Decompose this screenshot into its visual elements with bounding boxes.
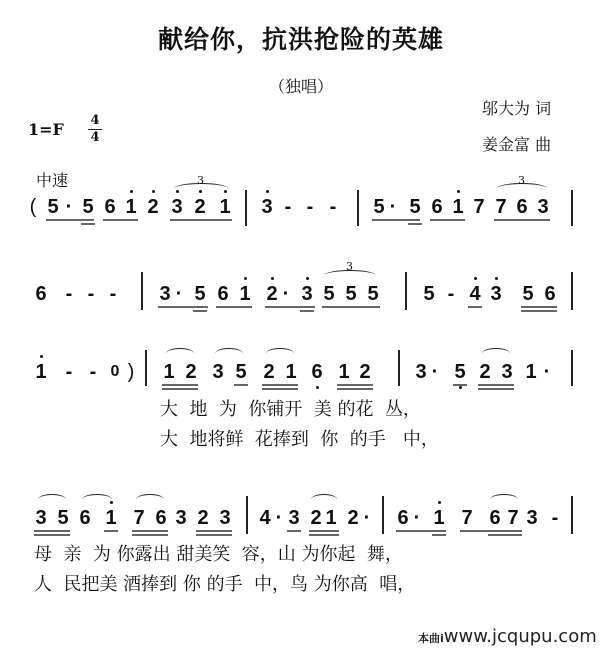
note: 5: [372, 196, 386, 218]
slur: [166, 348, 194, 359]
note: 3: [500, 361, 514, 383]
underline: [337, 388, 373, 390]
bar-line: [398, 350, 400, 386]
note: 3: [174, 507, 188, 529]
underline: [103, 219, 138, 221]
underline: [453, 384, 467, 386]
underline: [468, 306, 482, 308]
time-signature-bottom: 4: [88, 131, 102, 145]
note: 6: [310, 361, 324, 383]
note: 1: [524, 361, 538, 383]
time-signature: 4 4: [88, 114, 102, 145]
dash: -: [62, 283, 76, 305]
underline: [396, 530, 446, 532]
note: 5: [366, 283, 380, 305]
underline: [196, 530, 232, 532]
note: 6: [154, 507, 168, 529]
underline: [158, 306, 208, 308]
dot: ·: [410, 507, 424, 529]
bar-line: [141, 272, 143, 310]
note: 6: [488, 507, 502, 529]
note: 2: [196, 507, 210, 529]
bar-line: [571, 190, 573, 226]
underline: [162, 384, 198, 386]
note: 2: [146, 196, 160, 218]
slur: [311, 494, 337, 505]
note: 1: [451, 196, 465, 218]
note: 2: [309, 507, 323, 529]
note: 5: [193, 283, 207, 305]
bar-line: [245, 190, 247, 226]
note: 5: [234, 361, 248, 383]
note: 5: [322, 283, 336, 305]
underline: [234, 384, 248, 386]
dot: ·: [360, 507, 374, 529]
note: 1: [284, 361, 298, 383]
lyric-verse-1: 母 亲 为 你露出 甜美笑 容，山 为你起 舞，: [34, 545, 403, 565]
underline: [34, 530, 70, 532]
rest: 0: [108, 361, 122, 383]
dot: ·: [386, 196, 400, 218]
note: 7: [506, 507, 520, 529]
dot: ·: [540, 361, 554, 383]
note: 3: [525, 507, 539, 529]
note: 6: [103, 196, 117, 218]
note: 3: [158, 283, 172, 305]
underline: [170, 219, 232, 221]
note: 1: [34, 361, 48, 383]
note: 1: [162, 361, 176, 383]
note: 3: [218, 507, 232, 529]
dash: -: [84, 283, 98, 305]
note: 7: [472, 196, 486, 218]
note: 6: [430, 196, 444, 218]
note: 4: [468, 283, 482, 305]
bar-line: [145, 350, 147, 386]
note: 5: [422, 283, 436, 305]
note: 4: [258, 507, 272, 529]
time-signature-top: 4: [88, 114, 102, 128]
lyricist-credit: 邬大为 词: [482, 96, 551, 119]
slur: [215, 348, 243, 359]
underline: [309, 530, 339, 532]
note: 6: [543, 283, 557, 305]
slur: [266, 348, 294, 359]
lyric-verse-2: 人 民把美 酒捧到 你 的手 中，鸟 为你高 唱，: [34, 575, 415, 595]
note: 2: [184, 361, 198, 383]
slur: [136, 494, 164, 505]
note: 5: [81, 196, 95, 218]
note: 6: [515, 196, 529, 218]
note: 3: [414, 361, 428, 383]
note: 6: [34, 283, 48, 305]
underline: [460, 530, 522, 532]
note: 2: [193, 196, 207, 218]
underline: [309, 534, 339, 536]
dash: -: [281, 196, 295, 218]
note: 1: [432, 507, 446, 529]
dash: -: [62, 361, 76, 383]
note: 3: [34, 507, 48, 529]
dash: -: [106, 283, 120, 305]
note: 3: [489, 283, 503, 305]
underline: [196, 534, 232, 536]
note: 5: [56, 507, 70, 529]
underline: [262, 384, 298, 386]
underline: [34, 534, 70, 536]
underline: [432, 534, 446, 536]
underline: [521, 310, 557, 312]
dash: -: [548, 507, 562, 529]
underline: [494, 219, 550, 221]
underline: [132, 534, 168, 536]
song-title: 献给你，抗洪抢险的英雄: [0, 20, 602, 56]
bar-line: [405, 272, 407, 310]
tempo-marking: 中速: [36, 168, 68, 191]
underline: [262, 388, 298, 390]
note: 3: [211, 361, 225, 383]
song-subtitle: （独唱）: [0, 74, 602, 97]
note: 7: [132, 507, 146, 529]
underline: [488, 534, 522, 536]
underline: [521, 306, 557, 308]
underline: [372, 219, 420, 221]
underline: [81, 223, 95, 225]
underline: [132, 530, 168, 532]
triplet-mark: 3: [197, 174, 204, 187]
bar-line: [571, 496, 573, 534]
bar-line: [571, 350, 573, 386]
note: 5: [521, 283, 535, 305]
note: 6: [216, 283, 230, 305]
note: 3: [300, 283, 314, 305]
note: 5: [344, 283, 358, 305]
bar-line: [357, 190, 359, 226]
dash: -: [86, 361, 100, 383]
note: 6: [78, 507, 92, 529]
note: 1: [124, 196, 138, 218]
slur: [490, 494, 518, 505]
note: 2: [262, 361, 276, 383]
underline: [408, 223, 422, 225]
slur: [82, 494, 112, 505]
lyric-verse-1: 大 地 为 你铺开 美 的花 丛，: [160, 400, 421, 420]
dot: ·: [272, 507, 286, 529]
underline: [265, 306, 315, 308]
note: 2: [478, 361, 492, 383]
dot: ·: [62, 196, 76, 218]
note: 2: [265, 283, 279, 305]
note: 1: [104, 507, 118, 529]
underline: [478, 384, 514, 386]
underline: [300, 310, 314, 312]
triplet-mark: 3: [346, 260, 353, 273]
underline: [322, 306, 380, 308]
underline: [430, 219, 465, 221]
note: 7: [494, 196, 508, 218]
note: 3: [170, 196, 184, 218]
bar-line: [246, 496, 248, 534]
dot: ·: [172, 283, 186, 305]
dash: -: [444, 283, 458, 305]
note: 3: [287, 507, 301, 529]
triplet-mark: 3: [518, 174, 525, 187]
note: 3: [536, 196, 550, 218]
watermark-prefix: 本曲i: [418, 632, 444, 645]
note: 3: [260, 196, 274, 218]
underline: [478, 388, 514, 390]
underline: [337, 384, 373, 386]
open-paren: (: [26, 196, 40, 218]
note: 2: [358, 361, 372, 383]
lyric-verse-2: 大 地将鲜 花捧到 你 的手 中，: [160, 430, 439, 450]
underline: [287, 530, 301, 532]
dot: ·: [279, 283, 293, 305]
note: 1: [337, 361, 351, 383]
note: 5: [453, 361, 467, 383]
note: 2: [346, 507, 360, 529]
underline: [46, 219, 94, 221]
dash: -: [303, 196, 317, 218]
note: 1: [324, 507, 338, 529]
bar-line: [382, 496, 384, 534]
slur: [482, 348, 510, 359]
note: 1: [218, 196, 232, 218]
underline: [162, 388, 198, 390]
dash: -: [326, 196, 340, 218]
bar-line: [571, 272, 573, 310]
key-signature: 1=F: [28, 120, 64, 139]
note: 6: [396, 507, 410, 529]
slur: [38, 494, 66, 505]
underline: [193, 310, 207, 312]
underline: [216, 306, 252, 308]
composer-credit: 姜金富 曲: [482, 132, 551, 155]
watermark-site: www.jcqupu.com: [444, 626, 597, 647]
note: 7: [460, 507, 474, 529]
watermark: 本曲iwww.jcqupu.com: [418, 626, 597, 647]
close-paren: ): [124, 361, 138, 383]
note: 5: [46, 196, 60, 218]
dot: ·: [428, 361, 442, 383]
note: 1: [238, 283, 252, 305]
underline: [104, 530, 118, 532]
note: 5: [408, 196, 422, 218]
